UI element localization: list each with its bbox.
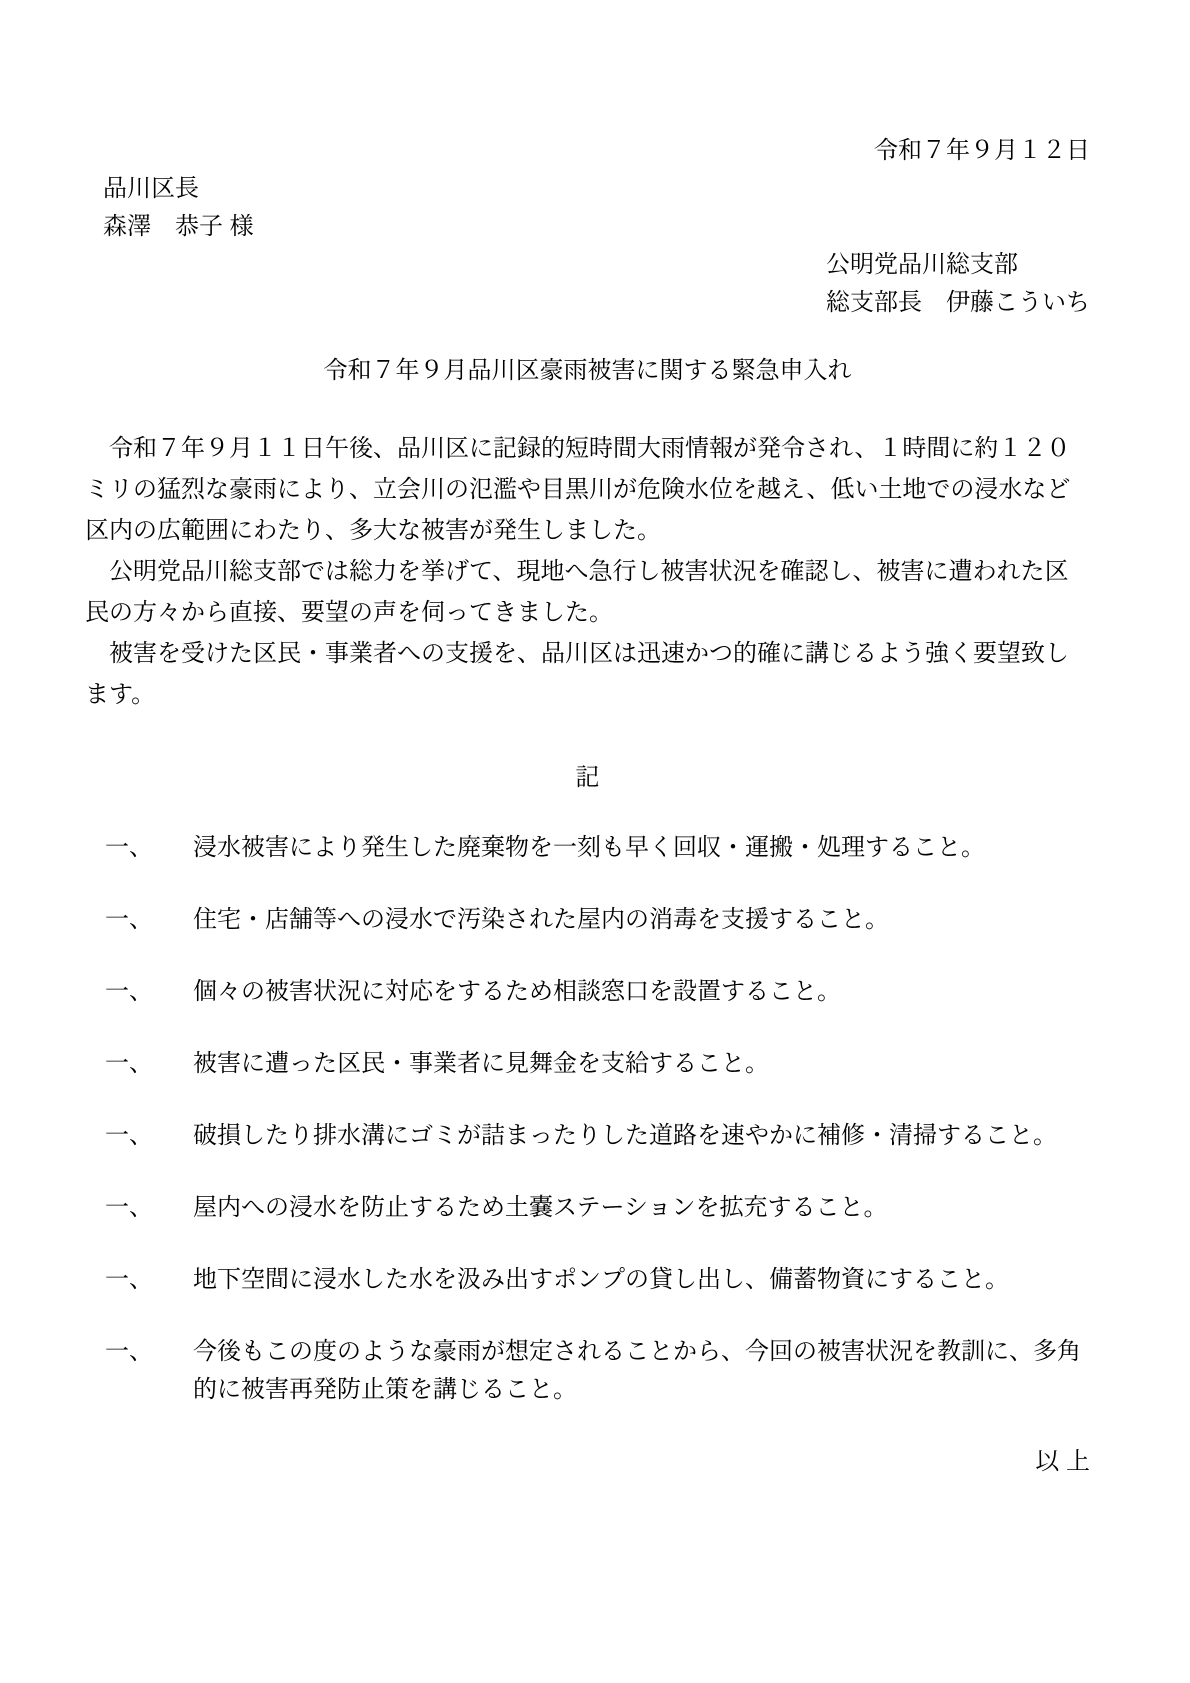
body-paragraph: 令和７年９月１１日午後、品川区に記録的短時間大雨情報が発令され、１時間に約１２０… — [85, 428, 1090, 551]
list-item: 一、 住宅・店舗等への浸水で汚染された屋内の消毒を支援すること。 — [105, 901, 1090, 939]
document-page-background: { "doc": { "date": "令和７年９月１２日", "recipie… — [0, 0, 1190, 1683]
list-item: 一、 被害に遭った区民・事業者に見舞金を支給すること。 — [105, 1045, 1090, 1083]
text-line: 個々の被害状況に対応をするため相談窓口を設置すること。 — [193, 973, 1090, 1011]
body-paragraph: 公明党品川総支部では総力を挙げて、現地へ急行し被害状況を確認し、被害に遭われた区… — [85, 551, 1090, 633]
text-line: 的に被害再発防止策を講じること。 — [193, 1371, 1090, 1409]
text-line: 今後もこの度のような豪雨が想定されることから、今回の被害状況を教訓に、多角 — [193, 1333, 1090, 1371]
item-marker: 一、 — [105, 1117, 193, 1155]
sender-organization: 公明党品川総支部 — [826, 246, 1090, 284]
sender-block: 公明党品川総支部 総支部長 伊藤こういち — [85, 246, 1090, 322]
item-marker: 一、 — [105, 1189, 193, 1227]
item-marker: 一、 — [105, 973, 193, 1011]
list-item: 一、 地下空間に浸水した水を汲み出すポンプの貸し出し、備蓄物資にすること。 — [105, 1261, 1090, 1299]
sender-signer: 総支部長 伊藤こういち — [826, 284, 1090, 322]
body-paragraph: 被害を受けた区民・事業者への支援を、品川区は迅速かつ的確に講じるよう強く要望致し… — [85, 633, 1090, 715]
text-line: 民の方々から直接、要望の声を伺ってきました。 — [85, 592, 1090, 633]
item-marker: 一、 — [105, 901, 193, 939]
text-line: 住宅・店舗等への浸水で汚染された屋内の消毒を支援すること。 — [193, 901, 1090, 939]
item-text: 屋内への浸水を防止するため土嚢ステーションを拡充すること。 — [193, 1189, 1090, 1227]
text-line: ます。 — [85, 674, 1090, 715]
text-line: 地下空間に浸水した水を汲み出すポンプの貸し出し、備蓄物資にすること。 — [193, 1261, 1090, 1299]
letter-page: 令和７年９月１２日 品川区長 森澤 恭子 様 公明党品川総支部 総支部長 伊藤こ… — [0, 0, 1190, 1683]
document-title: 令和７年９月品川区豪雨被害に関する緊急申入れ — [85, 352, 1090, 390]
text-line: 屋内への浸水を防止するため土嚢ステーションを拡充すること。 — [193, 1189, 1090, 1227]
item-marker: 一、 — [105, 829, 193, 867]
item-marker: 一、 — [105, 1261, 193, 1299]
item-text: 住宅・店舗等への浸水で汚染された屋内の消毒を支援すること。 — [193, 901, 1090, 939]
item-text: 被害に遭った区民・事業者に見舞金を支給すること。 — [193, 1045, 1090, 1083]
recipient-name: 森澤 恭子 様 — [103, 208, 1090, 246]
list-item: 一、 今後もこの度のような豪雨が想定されることから、今回の被害状況を教訓に、多角… — [105, 1333, 1090, 1409]
text-line: 区内の広範囲にわたり、多大な被害が発生しました。 — [85, 510, 1090, 551]
item-marker: 一、 — [105, 1045, 193, 1083]
text-line: 令和７年９月１１日午後、品川区に記録的短時間大雨情報が発令され、１時間に約１２０ — [85, 428, 1090, 469]
list-item: 一、 屋内への浸水を防止するため土嚢ステーションを拡充すること。 — [105, 1189, 1090, 1227]
item-text: 破損したり排水溝にゴミが詰まったりした道路を速やかに補修・清掃すること。 — [193, 1117, 1090, 1155]
record-marker: 記 — [85, 759, 1090, 797]
document-date: 令和７年９月１２日 — [85, 132, 1090, 170]
text-line: ミリの猛烈な豪雨により、立会川の氾濫や目黒川が危険水位を越え、低い土地での浸水な… — [85, 469, 1090, 510]
item-text: 浸水被害により発生した廃棄物を一刻も早く回収・運搬・処理すること。 — [193, 829, 1090, 867]
sender-inner-block: 公明党品川総支部 総支部長 伊藤こういち — [826, 246, 1090, 322]
body-text-block: 令和７年９月１１日午後、品川区に記録的短時間大雨情報が発令され、１時間に約１２０… — [85, 428, 1090, 715]
recipient-block: 品川区長 森澤 恭子 様 — [103, 170, 1090, 246]
item-text: 今後もこの度のような豪雨が想定されることから、今回の被害状況を教訓に、多角的に被… — [193, 1333, 1090, 1409]
text-line: 被害を受けた区民・事業者への支援を、品川区は迅速かつ的確に講じるよう強く要望致し — [85, 633, 1090, 674]
list-item: 一、 破損したり排水溝にゴミが詰まったりした道路を速やかに補修・清掃すること。 — [105, 1117, 1090, 1155]
list-item: 一、 個々の被害状況に対応をするため相談窓口を設置すること。 — [105, 973, 1090, 1011]
list-item: 一、 浸水被害により発生した廃棄物を一刻も早く回収・運搬・処理すること。 — [105, 829, 1090, 867]
text-line: 浸水被害により発生した廃棄物を一刻も早く回収・運搬・処理すること。 — [193, 829, 1090, 867]
recipient-title: 品川区長 — [103, 170, 1090, 208]
text-line: 破損したり排水溝にゴミが詰まったりした道路を速やかに補修・清掃すること。 — [193, 1117, 1090, 1155]
text-line: 公明党品川総支部では総力を挙げて、現地へ急行し被害状況を確認し、被害に遭われた区 — [85, 551, 1090, 592]
request-list: 一、 浸水被害により発生した廃棄物を一刻も早く回収・運搬・処理すること。 一、 … — [105, 829, 1090, 1409]
closing-marker: 以 上 — [85, 1443, 1090, 1481]
text-line: 被害に遭った区民・事業者に見舞金を支給すること。 — [193, 1045, 1090, 1083]
item-marker: 一、 — [105, 1333, 193, 1371]
item-text: 地下空間に浸水した水を汲み出すポンプの貸し出し、備蓄物資にすること。 — [193, 1261, 1090, 1299]
item-text: 個々の被害状況に対応をするため相談窓口を設置すること。 — [193, 973, 1090, 1011]
